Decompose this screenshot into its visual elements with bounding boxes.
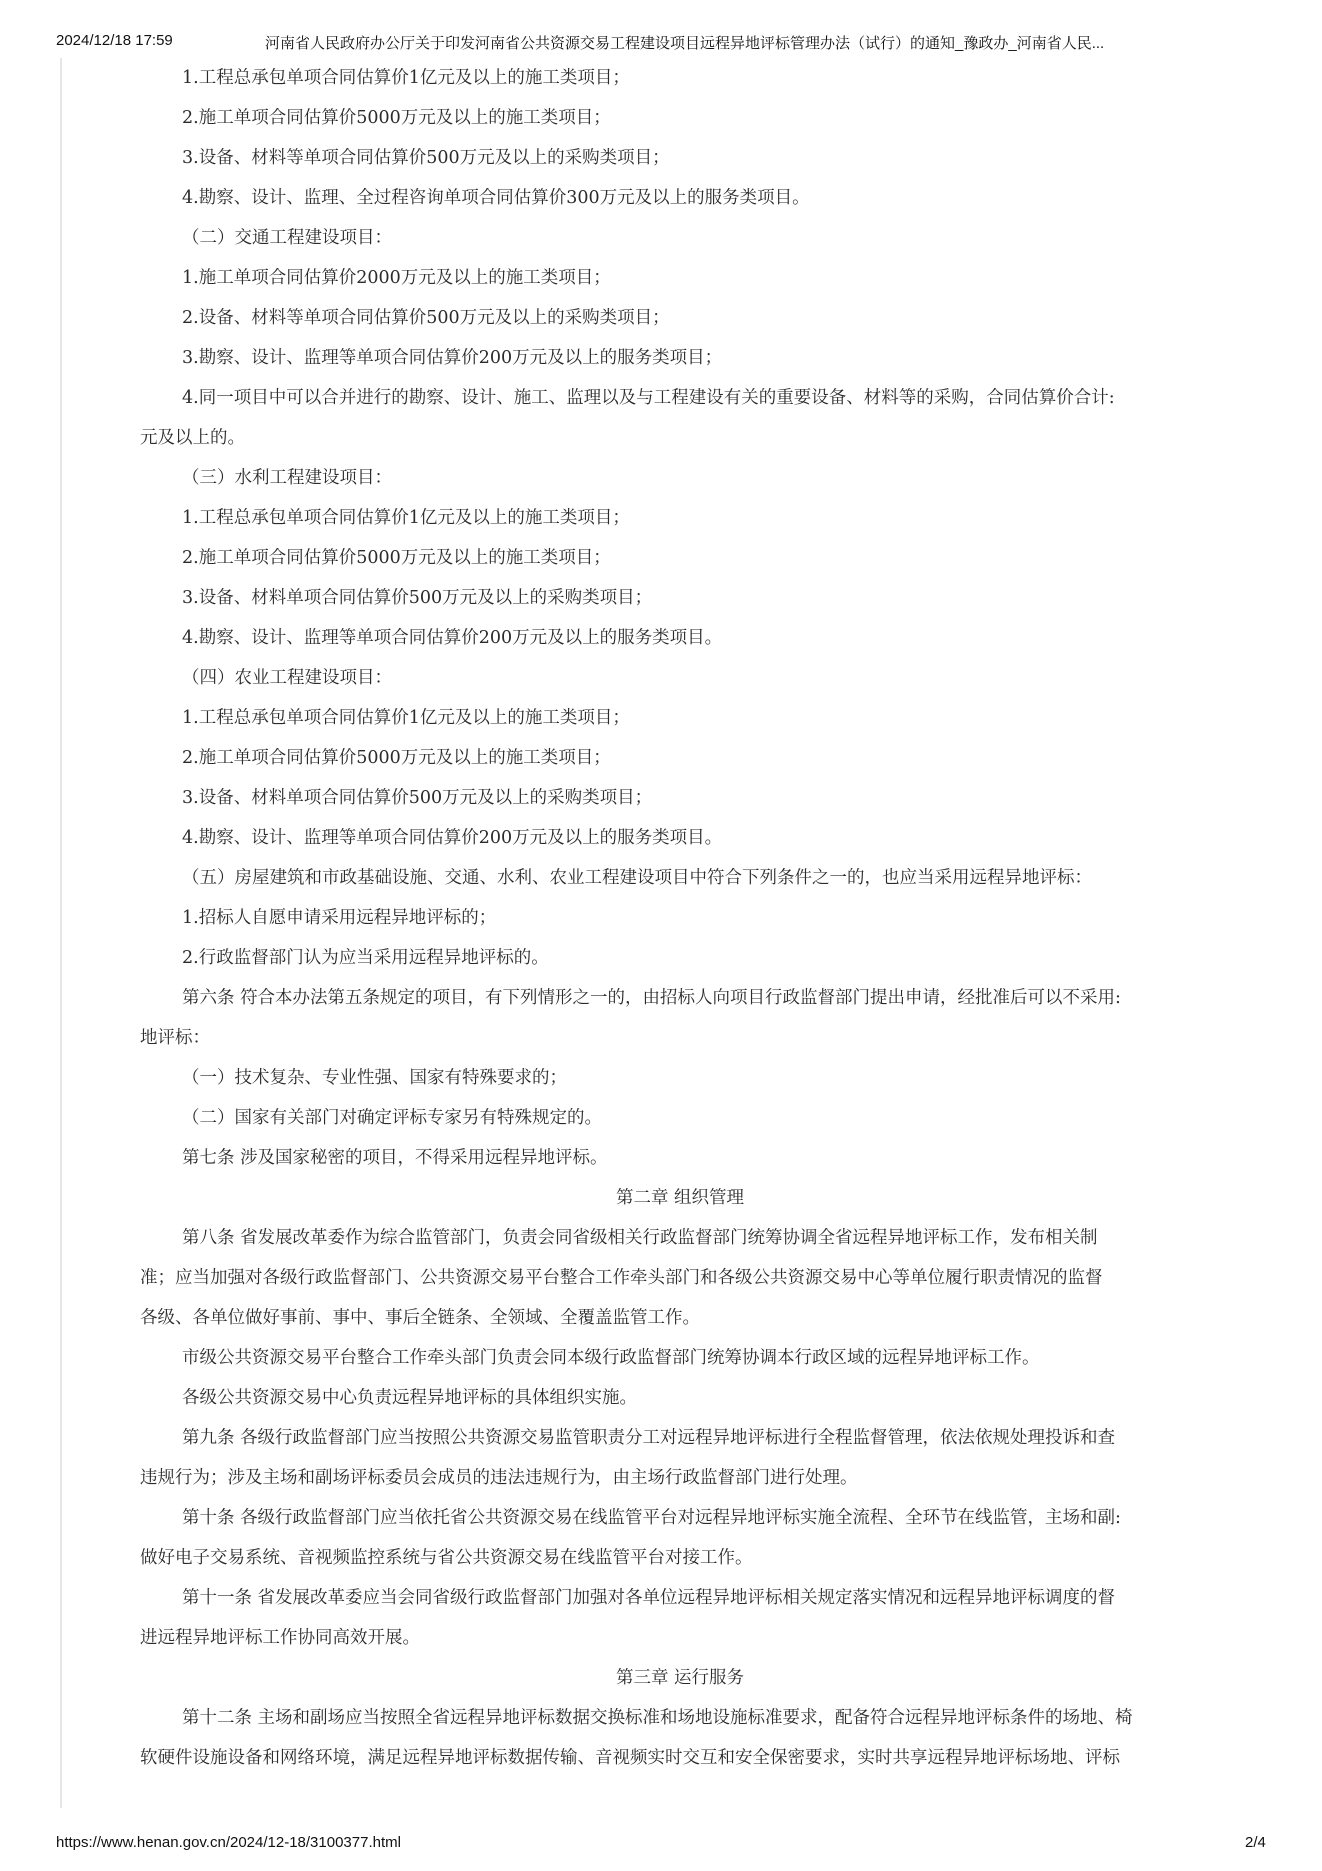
article-paragraph: 第九条 各级行政监督部门应当按照公共资源交易监管职责分工对远程异地评标进行全程监… [140, 1418, 1270, 1458]
article-paragraph: 第十一条 省发展改革委应当会同省级行政监督部门加强对各单位远程异地评标相关规定落… [140, 1578, 1270, 1618]
list-item: 3.设备、材料单项合同估算价500万元及以上的采购类项目； [140, 578, 1270, 618]
chapter-heading: 第二章 组织管理 [140, 1178, 1270, 1218]
page-indicator: 2/4 [1245, 1834, 1266, 1851]
list-item: 4.同一项目中可以合并进行的勘察、设计、施工、监理以及与工程建设有关的重要设备、… [140, 378, 1270, 418]
document-body: 1.工程总承包单项合同估算价1亿元及以上的施工类项目；2.施工单项合同估算价50… [140, 58, 1270, 1778]
list-item: 3.设备、材料单项合同估算价500万元及以上的采购类项目； [140, 778, 1270, 818]
paragraph-continuation: 各级、各单位做好事前、事中、事后全链条、全领域、全覆盖监管工作。 [140, 1298, 1270, 1338]
section-heading: （四）农业工程建设项目： [140, 658, 1270, 698]
list-item: 2.施工单项合同估算价5000万元及以上的施工类项目； [140, 538, 1270, 578]
section-heading: （二）交通工程建设项目： [140, 218, 1270, 258]
print-header: 2024/12/18 17:59 河南省人民政府办公厅关于印发河南省公共资源交易… [0, 30, 1322, 54]
list-item: 2.行政监督部门认为应当采用远程异地评标的。 [140, 938, 1270, 978]
article-paragraph: 第六条 符合本办法第五条规定的项目，有下列情形之一的，由招标人向项目行政监督部门… [140, 978, 1270, 1018]
paragraph-continuation: 违规行为；涉及主场和副场评标委员会成员的违法违规行为，由主场行政监督部门进行处理… [140, 1458, 1270, 1498]
list-item: 3.设备、材料等单项合同估算价500万元及以上的采购类项目； [140, 138, 1270, 178]
article-paragraph: 第十二条 主场和副场应当按照全省远程异地评标数据交换标准和场地设施标准要求，配备… [140, 1698, 1270, 1738]
article-paragraph: 第七条 涉及国家秘密的项目，不得采用远程异地评标。 [140, 1138, 1270, 1178]
page-frame: 1.工程总承包单项合同估算价1亿元及以上的施工类项目；2.施工单项合同估算价50… [60, 58, 1270, 1814]
list-item: 4.勘察、设计、监理等单项合同估算价200万元及以上的服务类项目。 [140, 818, 1270, 858]
section-heading: （五）房屋建筑和市政基础设施、交通、水利、农业工程建设项目中符合下列条件之一的，… [140, 858, 1270, 898]
body-paragraph: 市级公共资源交易平台整合工作牵头部门负责会同本级行政监督部门统筹协调本行政区域的… [140, 1338, 1270, 1378]
print-datetime: 2024/12/18 17:59 [56, 32, 173, 49]
list-item: 1.工程总承包单项合同估算价1亿元及以上的施工类项目； [140, 498, 1270, 538]
paragraph-continuation: 做好电子交易系统、音视频监控系统与省公共资源交易在线监管平台对接工作。 [140, 1538, 1270, 1578]
body-paragraph: 各级公共资源交易中心负责远程异地评标的具体组织实施。 [140, 1378, 1270, 1418]
paragraph-continuation: 软硬件设施设备和网络环境，满足远程异地评标数据传输、音视频实时交互和安全保密要求… [140, 1738, 1270, 1778]
left-border-rule [60, 58, 62, 1808]
paragraph-continuation: 元及以上的。 [140, 418, 1270, 458]
list-item: 1.工程总承包单项合同估算价1亿元及以上的施工类项目； [140, 58, 1270, 98]
list-item: 2.施工单项合同估算价5000万元及以上的施工类项目； [140, 738, 1270, 778]
document-title: 河南省人民政府办公厅关于印发河南省公共资源交易工程建设项目远程异地评标管理办法（… [265, 32, 1275, 53]
list-item: 2.设备、材料等单项合同估算价500万元及以上的采购类项目； [140, 298, 1270, 338]
list-item: 4.勘察、设计、监理、全过程咨询单项合同估算价300万元及以上的服务类项目。 [140, 178, 1270, 218]
list-item: 1.招标人自愿申请采用远程异地评标的； [140, 898, 1270, 938]
print-footer: https://www.henan.gov.cn/2024/12-18/3100… [0, 1834, 1322, 1858]
section-heading: （三）水利工程建设项目： [140, 458, 1270, 498]
paragraph-continuation: 准；应当加强对各级行政监督部门、公共资源交易平台整合工作牵头部门和各级公共资源交… [140, 1258, 1270, 1298]
page-url: https://www.henan.gov.cn/2024/12-18/3100… [56, 1834, 401, 1851]
list-item: 1.施工单项合同估算价2000万元及以上的施工类项目； [140, 258, 1270, 298]
paragraph-continuation: 地评标： [140, 1018, 1270, 1058]
list-item: 1.工程总承包单项合同估算价1亿元及以上的施工类项目； [140, 698, 1270, 738]
article-paragraph: 第十条 各级行政监督部门应当依托省公共资源交易在线监管平台对远程异地评标实施全流… [140, 1498, 1270, 1538]
list-item: 4.勘察、设计、监理等单项合同估算价200万元及以上的服务类项目。 [140, 618, 1270, 658]
paragraph-continuation: 进远程异地评标工作协同高效开展。 [140, 1618, 1270, 1658]
list-item: 3.勘察、设计、监理等单项合同估算价200万元及以上的服务类项目； [140, 338, 1270, 378]
section-heading: （二）国家有关部门对确定评标专家另有特殊规定的。 [140, 1098, 1270, 1138]
article-paragraph: 第八条 省发展改革委作为综合监管部门，负责会同省级相关行政监督部门统筹协调全省远… [140, 1218, 1270, 1258]
chapter-heading: 第三章 运行服务 [140, 1658, 1270, 1698]
list-item: 2.施工单项合同估算价5000万元及以上的施工类项目； [140, 98, 1270, 138]
section-heading: （一）技术复杂、专业性强、国家有特殊要求的； [140, 1058, 1270, 1098]
